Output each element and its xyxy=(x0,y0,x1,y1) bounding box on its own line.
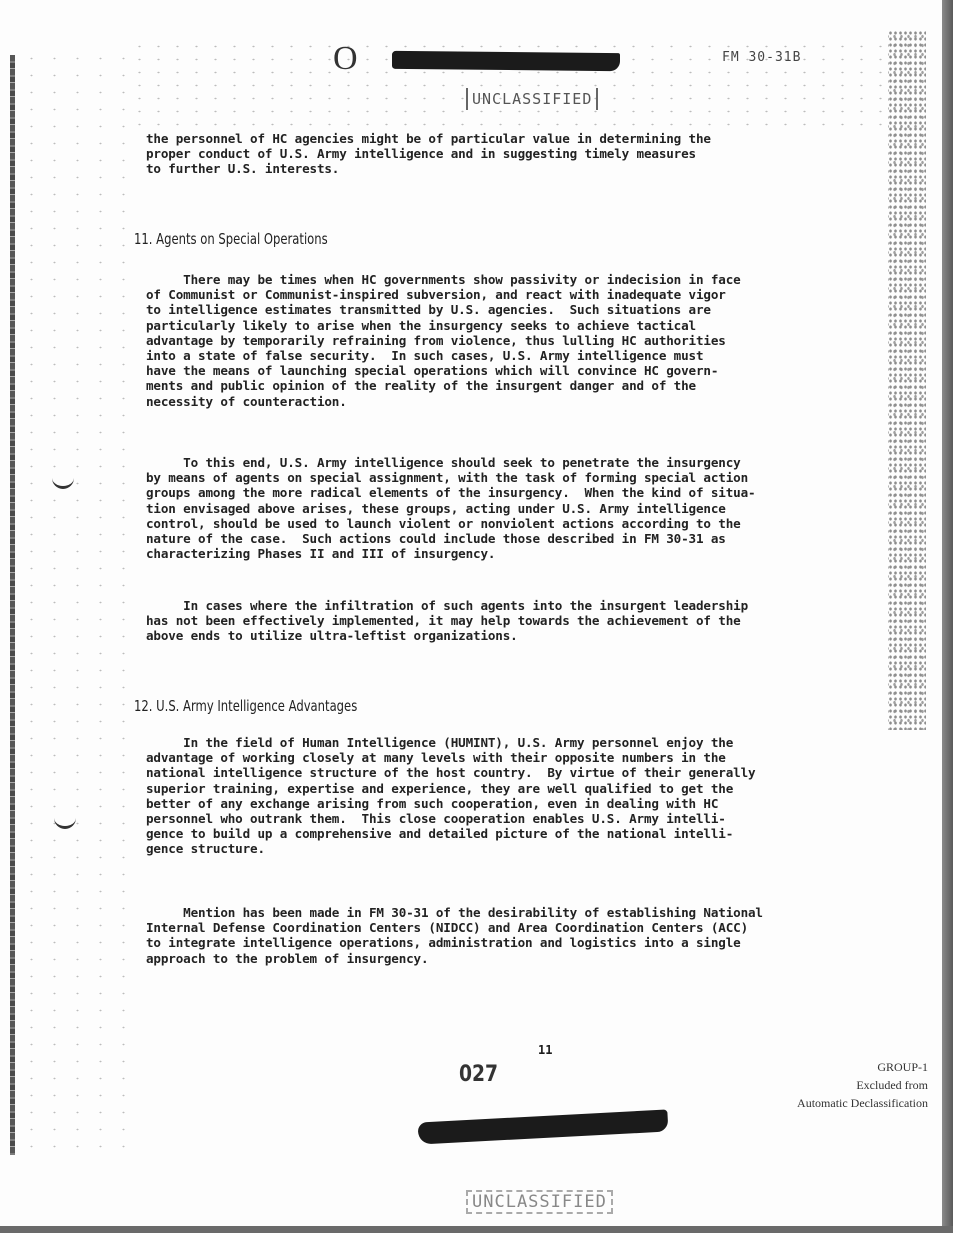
section-heading-11: 11. Agents on Special Operations xyxy=(134,230,328,248)
document-code: 027 xyxy=(459,1062,498,1087)
page-number: 11 xyxy=(538,1043,552,1057)
unclassified-stamp-top: UNCLASSIFIED xyxy=(466,88,598,110)
redaction-bar-top xyxy=(392,51,620,71)
scan-border-bottom xyxy=(0,1226,953,1233)
paragraph: Mention has been made in FM 30-31 of the… xyxy=(146,905,926,966)
group-stamp-line: GROUP-1 xyxy=(728,1058,928,1076)
declassification-group-stamp: GROUP-1 Excluded from Automatic Declassi… xyxy=(728,1058,928,1112)
paragraph: There may be times when HC governments s… xyxy=(146,272,926,409)
paragraph: In cases where the infiltration of such … xyxy=(146,598,926,644)
continuation-paragraph: the personnel of HC agencies might be of… xyxy=(146,131,926,177)
scan-noise-left xyxy=(20,50,130,1150)
paragraph: To this end, U.S. Army intelligence shou… xyxy=(146,455,926,561)
unclassified-stamp-bottom: UNCLASSIFIED xyxy=(466,1190,613,1214)
manual-code: FM 30-31B xyxy=(722,50,801,65)
group-stamp-line: Excluded from xyxy=(728,1076,928,1094)
paragraph: In the field of Human Intelligence (HUMI… xyxy=(146,735,926,857)
scanned-page: O FM 30-31B UNCLASSIFIED the personnel o… xyxy=(0,0,942,1226)
section-heading-12: 12. U.S. Army Intelligence Advantages xyxy=(134,697,357,715)
scan-border-right xyxy=(942,0,953,1233)
redaction-bar-bottom xyxy=(418,1109,669,1144)
header-circle-mark: O xyxy=(333,40,358,78)
page-edge-shadow xyxy=(10,55,15,1155)
group-stamp-line: Automatic Declassification xyxy=(728,1094,928,1112)
